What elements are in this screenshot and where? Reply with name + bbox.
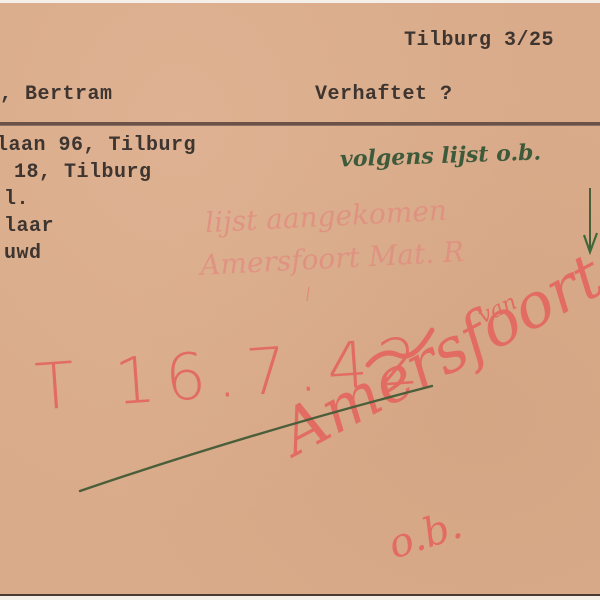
green-handwritten-note: volgens lijst o.b. <box>340 141 542 170</box>
detail-line-5: uwd <box>4 244 42 264</box>
header-divider <box>0 122 600 126</box>
arrest-status-label: Verhaftet ? <box>315 85 453 105</box>
red-note-ob: o.b. <box>384 504 467 565</box>
pencil-note-line-2: Amersfoort Mat. R <box>199 238 464 280</box>
address-line-2: 18, Tilburg <box>14 163 152 183</box>
index-card: Tilburg 3/25 , Bertram Verhaftet ? laan … <box>0 3 600 594</box>
pencil-note-line-1: lijst aangekomen <box>204 197 447 238</box>
detail-line-3: l. <box>4 190 29 210</box>
detail-line-4: laar <box>4 217 54 237</box>
pencil-tick-stroke <box>307 287 309 301</box>
person-name: , Bertram <box>0 85 113 105</box>
card-bottom-edge <box>0 594 600 596</box>
address-line-1: laan 96, Tilburg <box>0 136 196 156</box>
place-code: Tilburg 3/25 <box>404 31 554 51</box>
green-arrow-icon <box>584 188 597 252</box>
